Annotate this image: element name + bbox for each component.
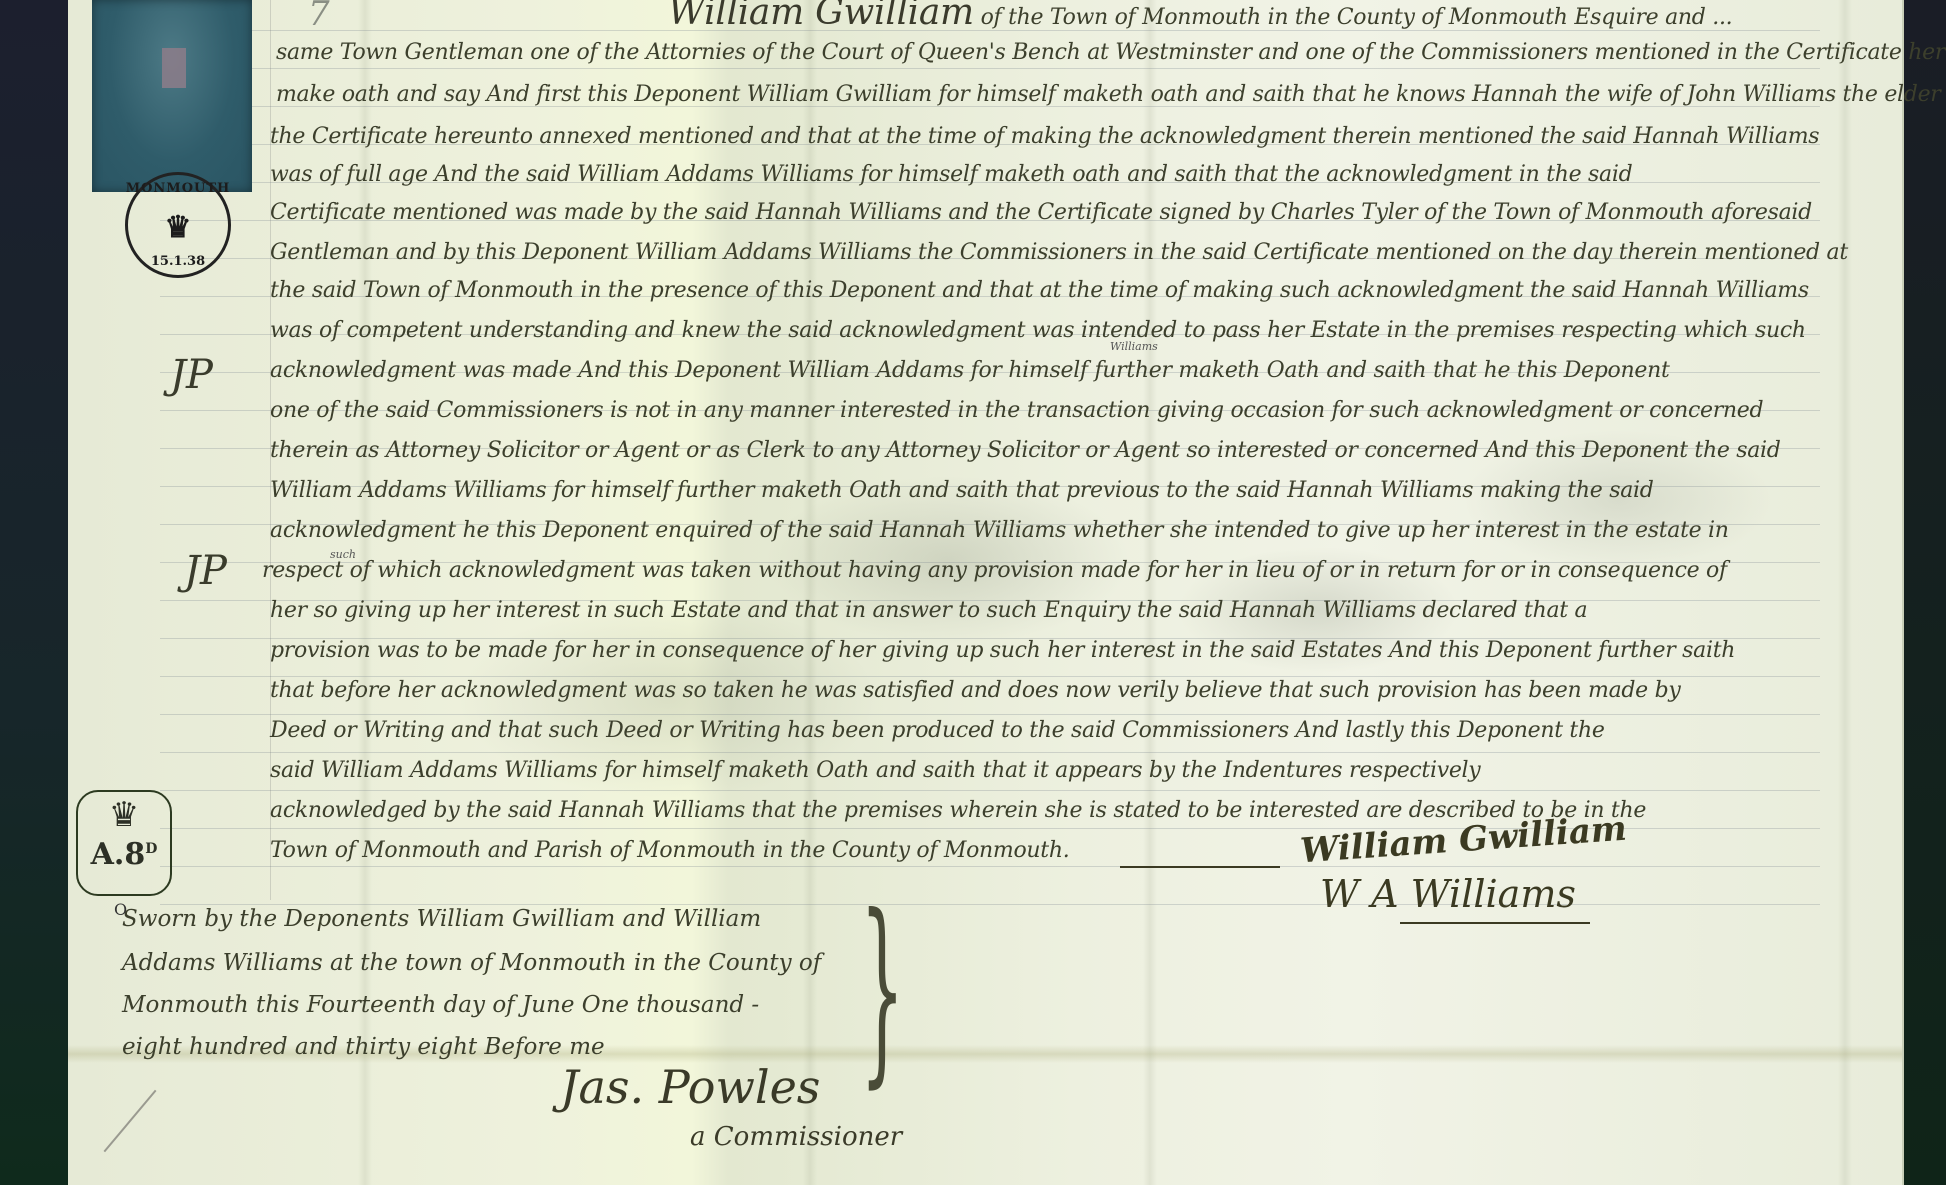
jurat-line: Addams Williams at the town of Monmouth …: [122, 950, 821, 976]
body-line: said William Addams Williams for himself…: [270, 758, 1480, 783]
fold-crease-vertical: [1838, 0, 1852, 1185]
margin-initials: JP: [184, 548, 227, 594]
body-line: provision was to be made for her in cons…: [270, 638, 1735, 663]
body-line: make oath and say And first this Deponen…: [276, 82, 1946, 107]
jurat-line: Monmouth this Fourteenth day of June One…: [122, 992, 759, 1018]
scan-background-left: [0, 0, 68, 1185]
scan-background-right: [1900, 0, 1946, 1185]
jurat-line: eight hundred and thirty eight Before me: [122, 1034, 605, 1060]
body-line: same Town Gentleman one of the Attornies…: [276, 40, 1946, 65]
crown-icon: ♛: [109, 796, 139, 834]
body-line: William Addams Williams for himself furt…: [270, 478, 1654, 503]
body-line: Gentleman and by this Deponent William A…: [270, 240, 1848, 265]
body-line: that before her acknowledgment was so ta…: [270, 678, 1681, 703]
ruled-line: [160, 68, 1820, 69]
heading-rest: of the Town of Monmouth in the County of…: [981, 5, 1733, 30]
body-line: Certificate mentioned was made by the sa…: [270, 200, 1812, 225]
body-line: acknowledgment was made And this Deponen…: [270, 358, 1669, 383]
signature-wa-williams: W A Williams: [1320, 872, 1576, 916]
interlineation-williams: Williams: [1110, 340, 1158, 353]
body-line: her so giving up her interest in such Es…: [270, 598, 1587, 623]
postmark-town: MONMOUTH: [126, 181, 231, 196]
body-line: Town of Monmouth and Parish of Monmouth …: [270, 838, 1069, 863]
ruled-line: [160, 752, 1820, 753]
body-line: acknowledged by the said Hannah Williams…: [270, 798, 1646, 823]
jurat-brace: }: [860, 905, 905, 1075]
crown-icon: ♛: [165, 213, 192, 243]
heading-name: William Gwilliam: [668, 0, 974, 33]
commissioner-signature: Jas. Powles: [560, 1060, 820, 1114]
duty-stamp-value: A.8D: [91, 834, 158, 870]
folio-mark: 7: [308, 0, 330, 34]
body-line: therein as Attorney Solicitor or Agent o…: [270, 438, 1781, 463]
stamp-cancel-mark: [162, 48, 186, 88]
duty-stamp: ♛ A.8D: [76, 790, 172, 896]
interlineation-such: such: [330, 548, 356, 561]
body-line: was of full age And the said William Add…: [270, 162, 1632, 187]
body-line: respect of which acknowledgment was take…: [262, 558, 1727, 583]
postmark-date: 15.1.38: [151, 254, 205, 269]
ruled-line: [160, 866, 1820, 867]
document-heading: William Gwilliam of the Town of Monmouth…: [668, 0, 1732, 33]
jurat-line: Sworn by the Deponents William Gwilliam …: [122, 906, 761, 932]
signature-underline: [1400, 922, 1590, 924]
ruled-line: [160, 714, 1820, 715]
monmouth-postmark: MONMOUTH ♛ 15.1.38: [125, 172, 231, 278]
ruled-line: [160, 676, 1820, 677]
body-line: Deed or Writing and that such Deed or Wr…: [270, 718, 1605, 743]
body-line: one of the said Commissioners is not in …: [270, 398, 1763, 423]
margin-initials: JP: [170, 352, 213, 398]
revenue-stamp: [92, 0, 252, 192]
commissioner-title: a Commissioner: [690, 1122, 902, 1152]
body-line: acknowledgment he this Deponent enquired…: [270, 518, 1729, 543]
ruled-line: [160, 790, 1820, 791]
body-line: the said Town of Monmouth in the presenc…: [270, 278, 1809, 303]
closing-flourish: [1120, 866, 1280, 868]
body-line: the Certificate hereunto annexed mention…: [270, 124, 1819, 149]
body-line: was of competent understanding and knew …: [270, 318, 1806, 343]
